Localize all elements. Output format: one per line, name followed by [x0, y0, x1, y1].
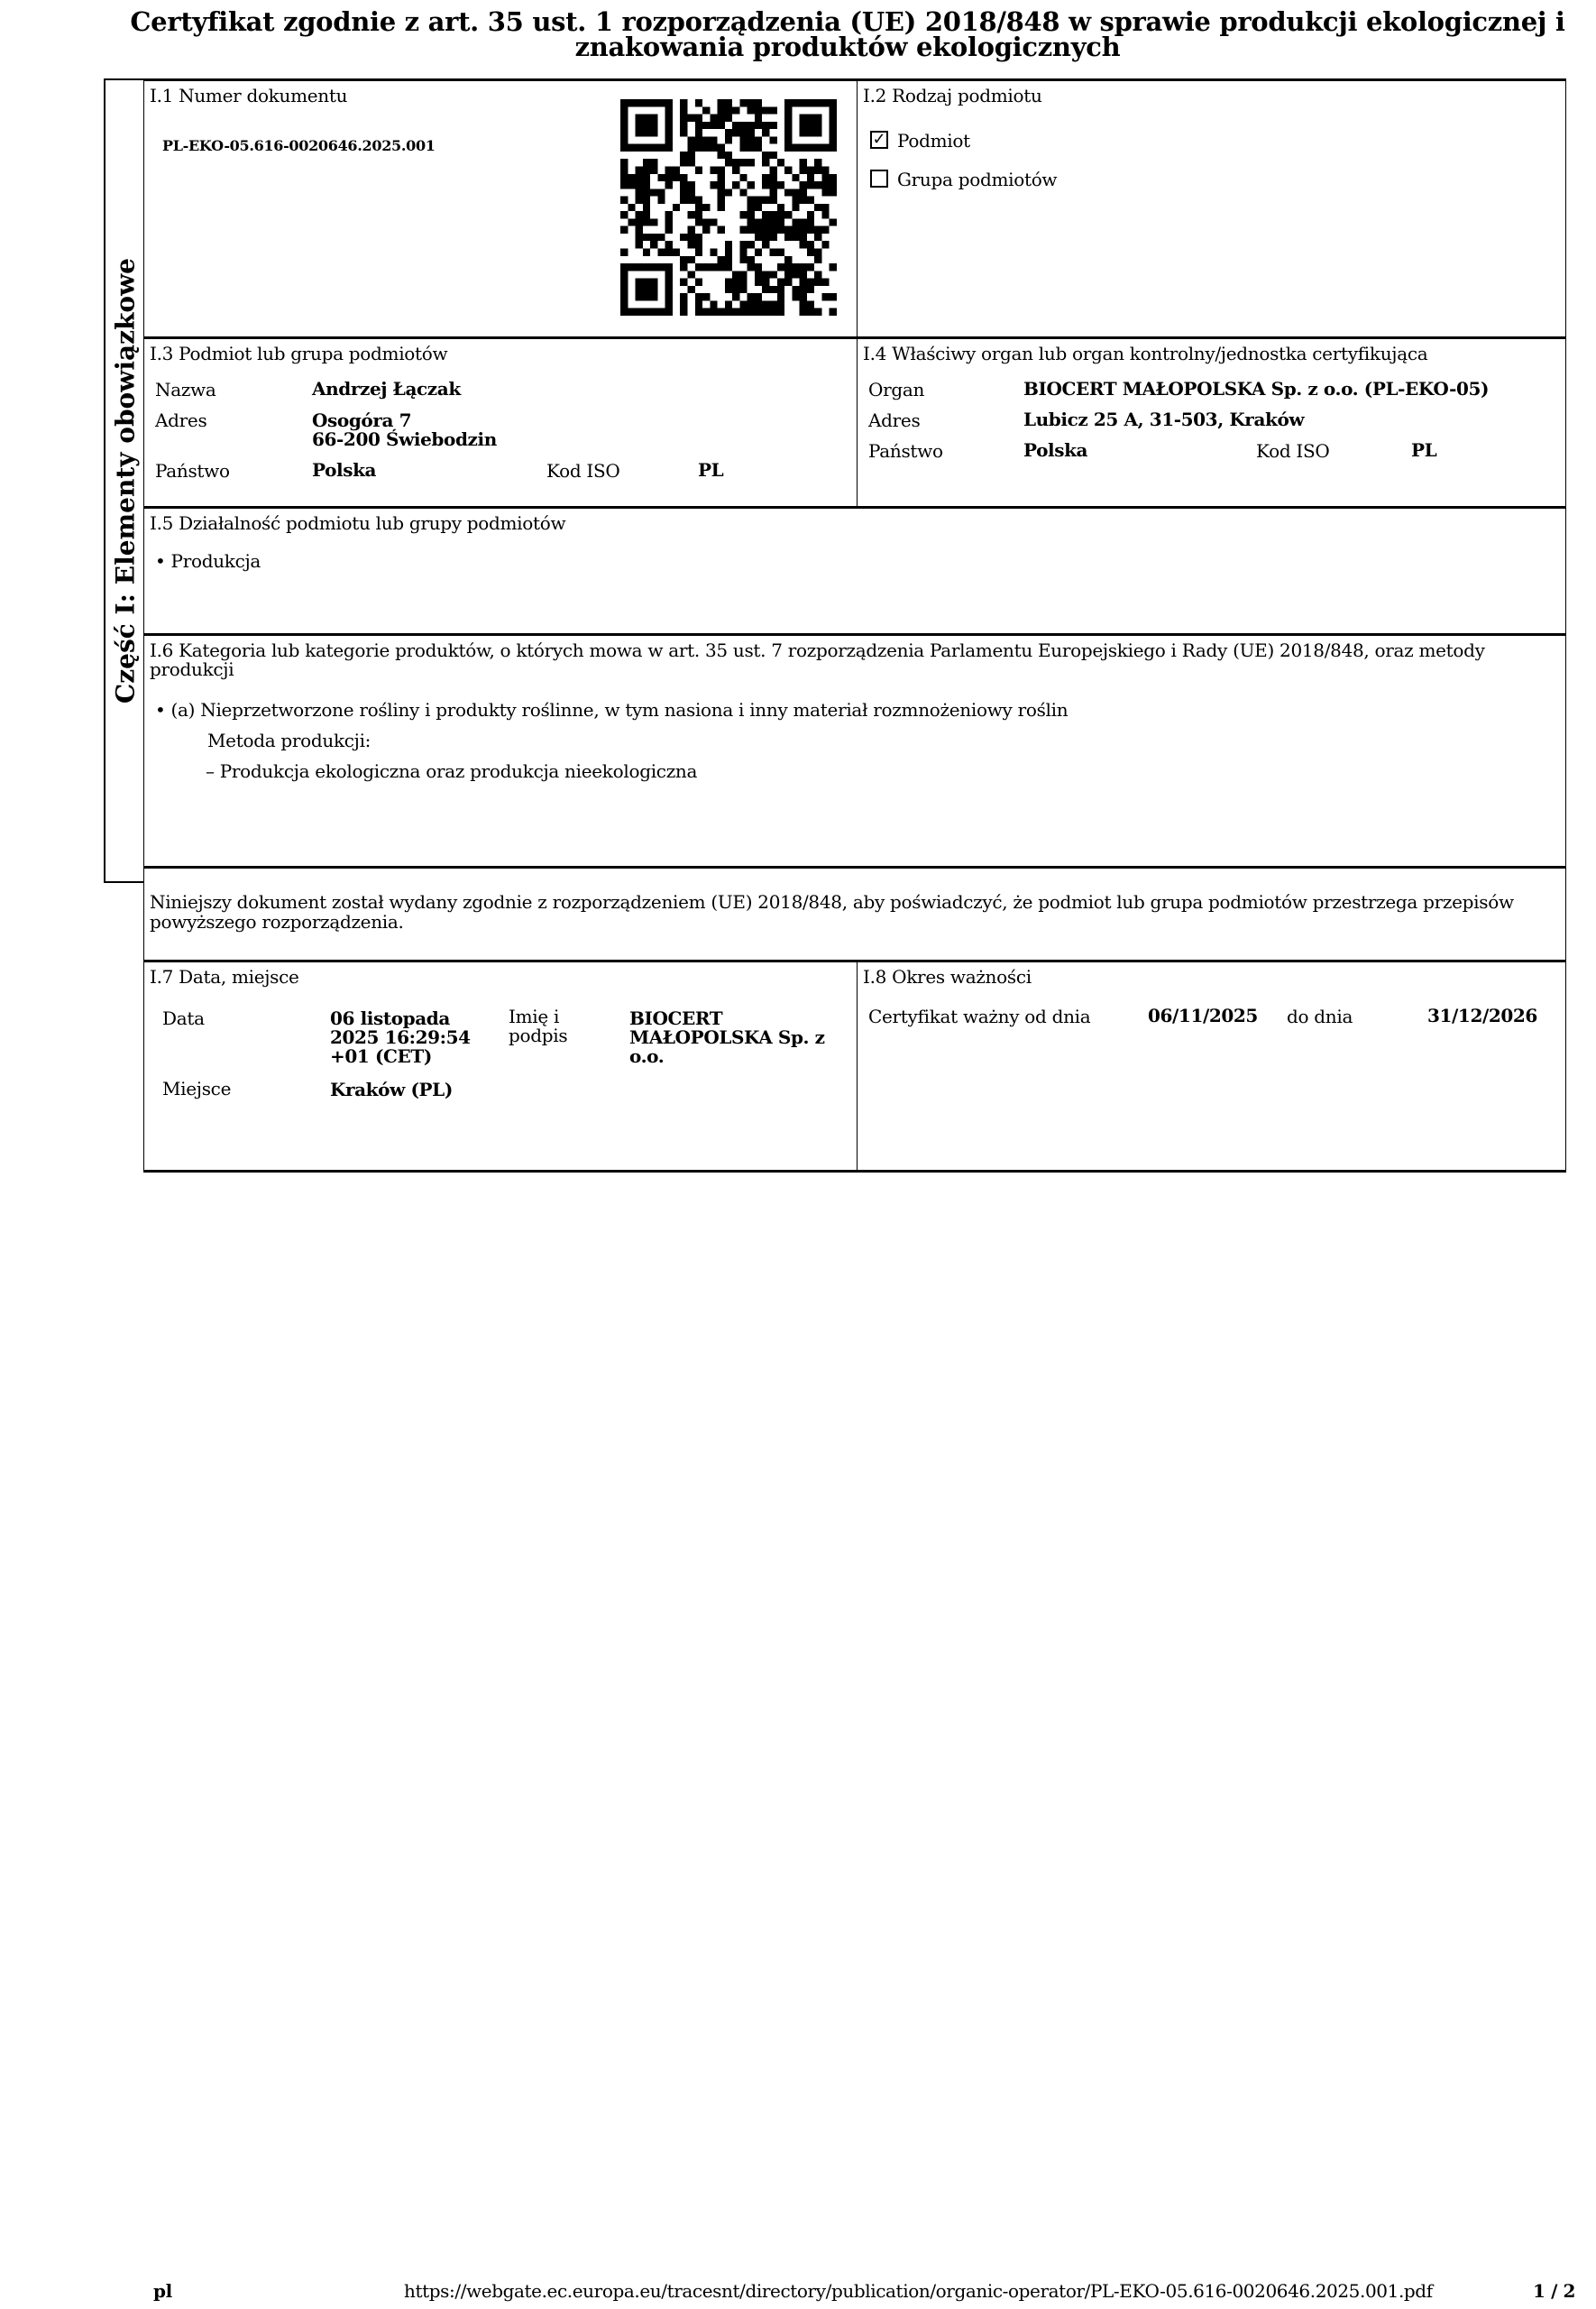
- checkbox-label: Grupa podmiotów: [897, 169, 1057, 190]
- section-title: I.3 Podmiot lub grupa podmiotów: [150, 345, 447, 363]
- signature-value: BIOCERT MAŁOPOLSKA Sp. z o.o.: [629, 1009, 825, 1066]
- method-label: Metoda produkcji:: [207, 730, 371, 751]
- operator-country: Polska: [312, 460, 376, 480]
- statement-box: Niniejszy dokument został wydany zgodnie…: [143, 866, 1566, 962]
- section-i3-operator: I.3 Podmiot lub grupa podmiotów Nazwa An…: [143, 336, 858, 509]
- activity-item: • Produkcja: [155, 550, 261, 572]
- section-i6-product-categories: I.6 Kategoria lub kategorie produktów, o…: [143, 633, 1566, 869]
- iso-label: Kod ISO: [1256, 440, 1330, 462]
- part-side-label: Część I: Elementy obowiązkowe: [104, 78, 146, 883]
- method-value: – Produkcja ekologiczna oraz produkcja n…: [206, 760, 697, 782]
- valid-from-value: 06/11/2025: [1148, 1006, 1258, 1026]
- section-i1-document-number: I.1 Numer dokumentu PL-EKO-05.616-002064…: [143, 78, 858, 339]
- section-i2-entity-type: I.2 Rodzaj podmiotu ✓ Podmiot Grupa podm…: [857, 78, 1566, 339]
- place-label: Miejsce: [162, 1078, 231, 1099]
- document-number: PL-EKO-05.616-0020646.2025.001: [162, 137, 436, 154]
- section-i8-validity: I.8 Okres ważności Certyfikat ważny od d…: [857, 960, 1566, 1173]
- section-title: I.7 Data, miejsce: [150, 968, 299, 987]
- organ-value: BIOCERT MAŁOPOLSKA Sp. z o.o. (PL-EKO-05…: [1023, 379, 1489, 399]
- address-label: Adres: [868, 409, 920, 431]
- address-label: Adres: [155, 409, 206, 431]
- section-title: I.8 Okres ważności: [863, 968, 1032, 987]
- signature-label: Imię i podpis: [509, 1007, 567, 1045]
- operator-address: Osogóra 7 66-200 Świebodzin: [312, 411, 497, 449]
- country-label: Państwo: [155, 460, 230, 482]
- operator-name: Andrzej Łączak: [312, 379, 461, 399]
- organ-address: Lubicz 25 A, 31-503, Kraków: [1023, 409, 1304, 429]
- organ-country: Polska: [1023, 440, 1087, 460]
- valid-from-label: Certyfikat ważny od dnia: [868, 1006, 1090, 1027]
- footer-url-link[interactable]: https://webgate.ec.europa.eu/tracesnt/di…: [404, 2280, 1433, 2302]
- date-label: Data: [162, 1007, 205, 1029]
- qr-code-icon: [620, 99, 837, 316]
- valid-to-value: 31/12/2026: [1427, 1006, 1537, 1026]
- section-i5-activity: I.5 Działalność podmiotu lub grupy podmi…: [143, 506, 1566, 636]
- footer-language: pl: [153, 2280, 172, 2302]
- footer-page-number: 1 / 2: [1533, 2280, 1575, 2302]
- document-title: Certyfikat zgodnie z art. 35 ust. 1 rozp…: [117, 9, 1578, 60]
- name-label: Nazwa: [155, 379, 216, 400]
- place-value: Kraków (PL): [330, 1080, 453, 1099]
- section-title: I.2 Rodzaj podmiotu: [863, 87, 1042, 106]
- category-item: • (a) Nieprzetworzone rośliny i produkty…: [155, 699, 1068, 721]
- checkbox-label: Podmiot: [897, 130, 970, 152]
- valid-to-label: do dnia: [1287, 1006, 1353, 1027]
- part-label-text: Część I: Elementy obowiązkowe: [110, 258, 140, 704]
- iso-label: Kod ISO: [546, 460, 620, 482]
- section-title: I.4 Właściwy organ lub organ kontrolny/j…: [863, 345, 1427, 363]
- organ-iso: PL: [1411, 440, 1436, 460]
- date-value: 06 listopada 2025 16:29:54 +01 (CET): [330, 1009, 471, 1066]
- statement-text: Niniejszy dokument został wydany zgodnie…: [150, 892, 1538, 932]
- country-label: Państwo: [868, 440, 943, 462]
- section-title: I.5 Działalność podmiotu lub grupy podmi…: [150, 514, 565, 533]
- organ-label: Organ: [868, 379, 924, 400]
- operator-iso: PL: [698, 460, 723, 480]
- checkbox-podmiot[interactable]: ✓: [870, 131, 888, 149]
- section-i7-date-place: I.7 Data, miejsce Data 06 listopada 2025…: [143, 960, 858, 1173]
- section-i4-control-body: I.4 Właściwy organ lub organ kontrolny/j…: [857, 336, 1566, 509]
- section-title: I.1 Numer dokumentu: [150, 87, 347, 106]
- section-title: I.6 Kategoria lub kategorie produktów, o…: [150, 641, 1556, 679]
- checkbox-grupa-podmiotow[interactable]: [870, 170, 888, 188]
